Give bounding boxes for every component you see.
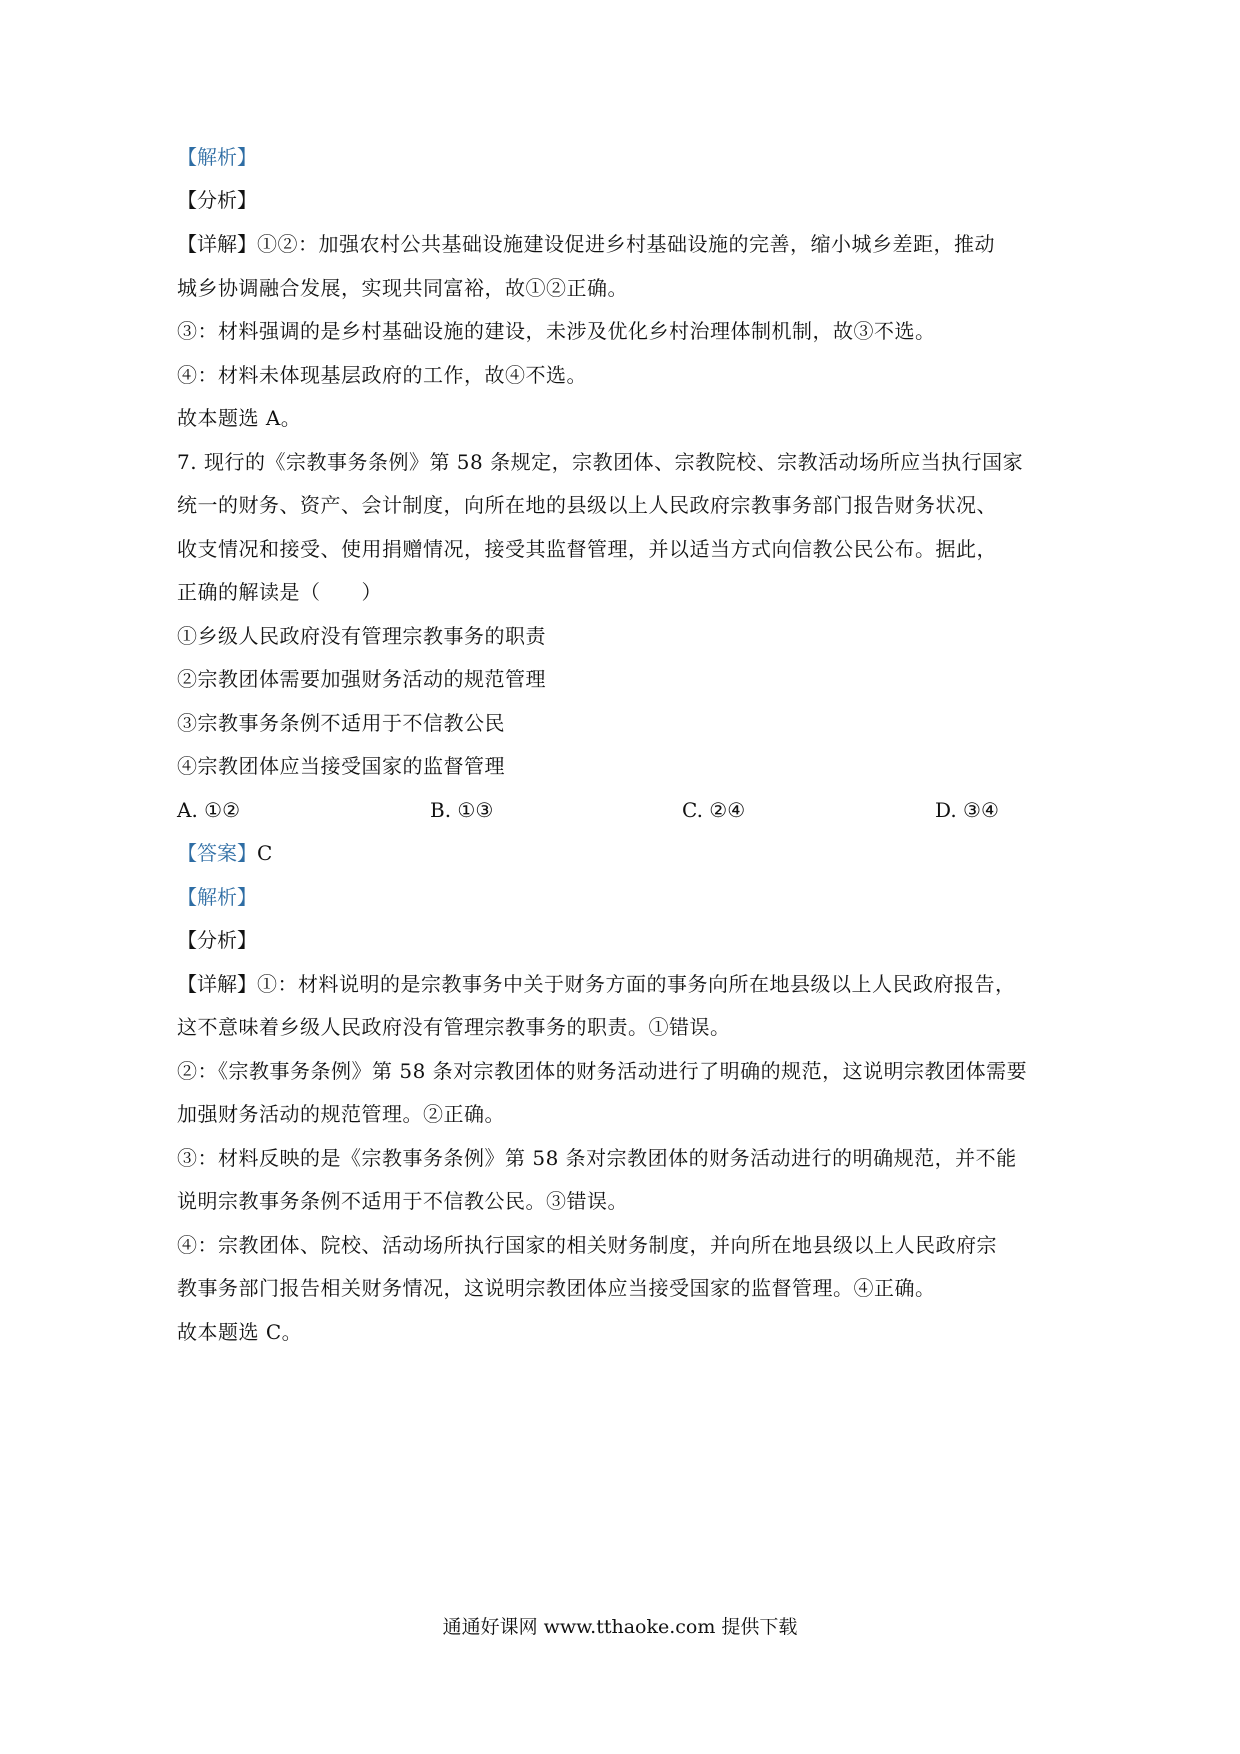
fenxi-tag: 【分析】 bbox=[177, 927, 257, 953]
detail-line: 【详解】①②：加强农村公共基础设施建设促进乡村基础设施的完善，缩小城乡差距，推动 bbox=[177, 231, 995, 257]
answer-tag: 【答案】 bbox=[177, 841, 257, 865]
conclusion-line: 故本题选 C。 bbox=[177, 1319, 302, 1345]
option-c: C. ②④ bbox=[682, 797, 745, 823]
conclusion-line: 故本题选 A。 bbox=[177, 405, 301, 431]
footer-watermark: 通通好课网 www.tthaoke.com 提供下载 bbox=[0, 1614, 1240, 1640]
detail-line: 教事务部门报告相关财务情况，这说明宗教团体应当接受国家的监督管理。④正确。 bbox=[177, 1275, 936, 1301]
question-stem-line: 统一的财务、资产、会计制度，向所在地的县级以上人民政府宗教事务部门报告财务状况、 bbox=[177, 492, 997, 518]
detail-tag: 【详解】 bbox=[177, 232, 257, 256]
answer-line: 【答案】C bbox=[177, 840, 273, 866]
detail-line: 说明宗教事务条例不适用于不信教公民。③错误。 bbox=[177, 1188, 628, 1214]
detail-line: ③：材料强调的是乡村基础设施的建设，未涉及优化乡村治理体制机制，故③不选。 bbox=[177, 318, 936, 344]
analysis-tag: 【解析】 bbox=[177, 144, 257, 170]
question-stem-line: 7. 现行的《宗教事务条例》第 58 条规定，宗教团体、宗教院校、宗教活动场所应… bbox=[177, 449, 1023, 475]
statement-2: ②宗教团体需要加强财务活动的规范管理 bbox=[177, 666, 546, 692]
statement-4: ④宗教团体应当接受国家的监督管理 bbox=[177, 753, 505, 779]
analysis-tag: 【解析】 bbox=[177, 884, 257, 910]
detail-line: 加强财务活动的规范管理。②正确。 bbox=[177, 1101, 505, 1127]
statement-1: ①乡级人民政府没有管理宗教事务的职责 bbox=[177, 623, 546, 649]
detail-line: 城乡协调融合发展，实现共同富裕，故①②正确。 bbox=[177, 275, 628, 301]
detail-line: ④：材料未体现基层政府的工作，故④不选。 bbox=[177, 362, 587, 388]
fenxi-tag: 【分析】 bbox=[177, 187, 257, 213]
detail-tag: 【详解】 bbox=[177, 972, 257, 996]
detail-text: ①②：加强农村公共基础设施建设促进乡村基础设施的完善，缩小城乡差距，推动 bbox=[257, 232, 995, 256]
detail-line: 这不意味着乡级人民政府没有管理宗教事务的职责。①错误。 bbox=[177, 1014, 731, 1040]
option-b: B. ①③ bbox=[430, 797, 493, 823]
detail-text: ①：材料说明的是宗教事务中关于财务方面的事务向所在地县级以上人民政府报告， bbox=[257, 972, 1016, 996]
detail-line: ③：材料反映的是《宗教事务条例》第 58 条对宗教团体的财务活动进行的明确规范，… bbox=[177, 1145, 1017, 1171]
answer-value: C bbox=[257, 841, 273, 865]
option-a: A. ①② bbox=[177, 797, 240, 823]
detail-line: 【详解】①：材料说明的是宗教事务中关于财务方面的事务向所在地县级以上人民政府报告… bbox=[177, 971, 1016, 997]
detail-line: ②：《宗教事务条例》第 58 条对宗教团体的财务活动进行了明确的规范，这说明宗教… bbox=[177, 1058, 1027, 1084]
document-page: 【解析】 【分析】 【详解】①②：加强农村公共基础设施建设促进乡村基础设施的完善… bbox=[0, 0, 1240, 1754]
statement-3: ③宗教事务条例不适用于不信教公民 bbox=[177, 710, 505, 736]
option-d: D. ③④ bbox=[935, 797, 999, 823]
detail-line: ④：宗教团体、院校、活动场所执行国家的相关财务制度，并向所在地县级以上人民政府宗 bbox=[177, 1232, 997, 1258]
question-stem-line: 收支情况和接受、使用捐赠情况，接受其监督管理，并以适当方式向信教公民公布。据此， bbox=[177, 536, 997, 562]
question-stem-line: 正确的解读是（ ） bbox=[177, 579, 382, 605]
